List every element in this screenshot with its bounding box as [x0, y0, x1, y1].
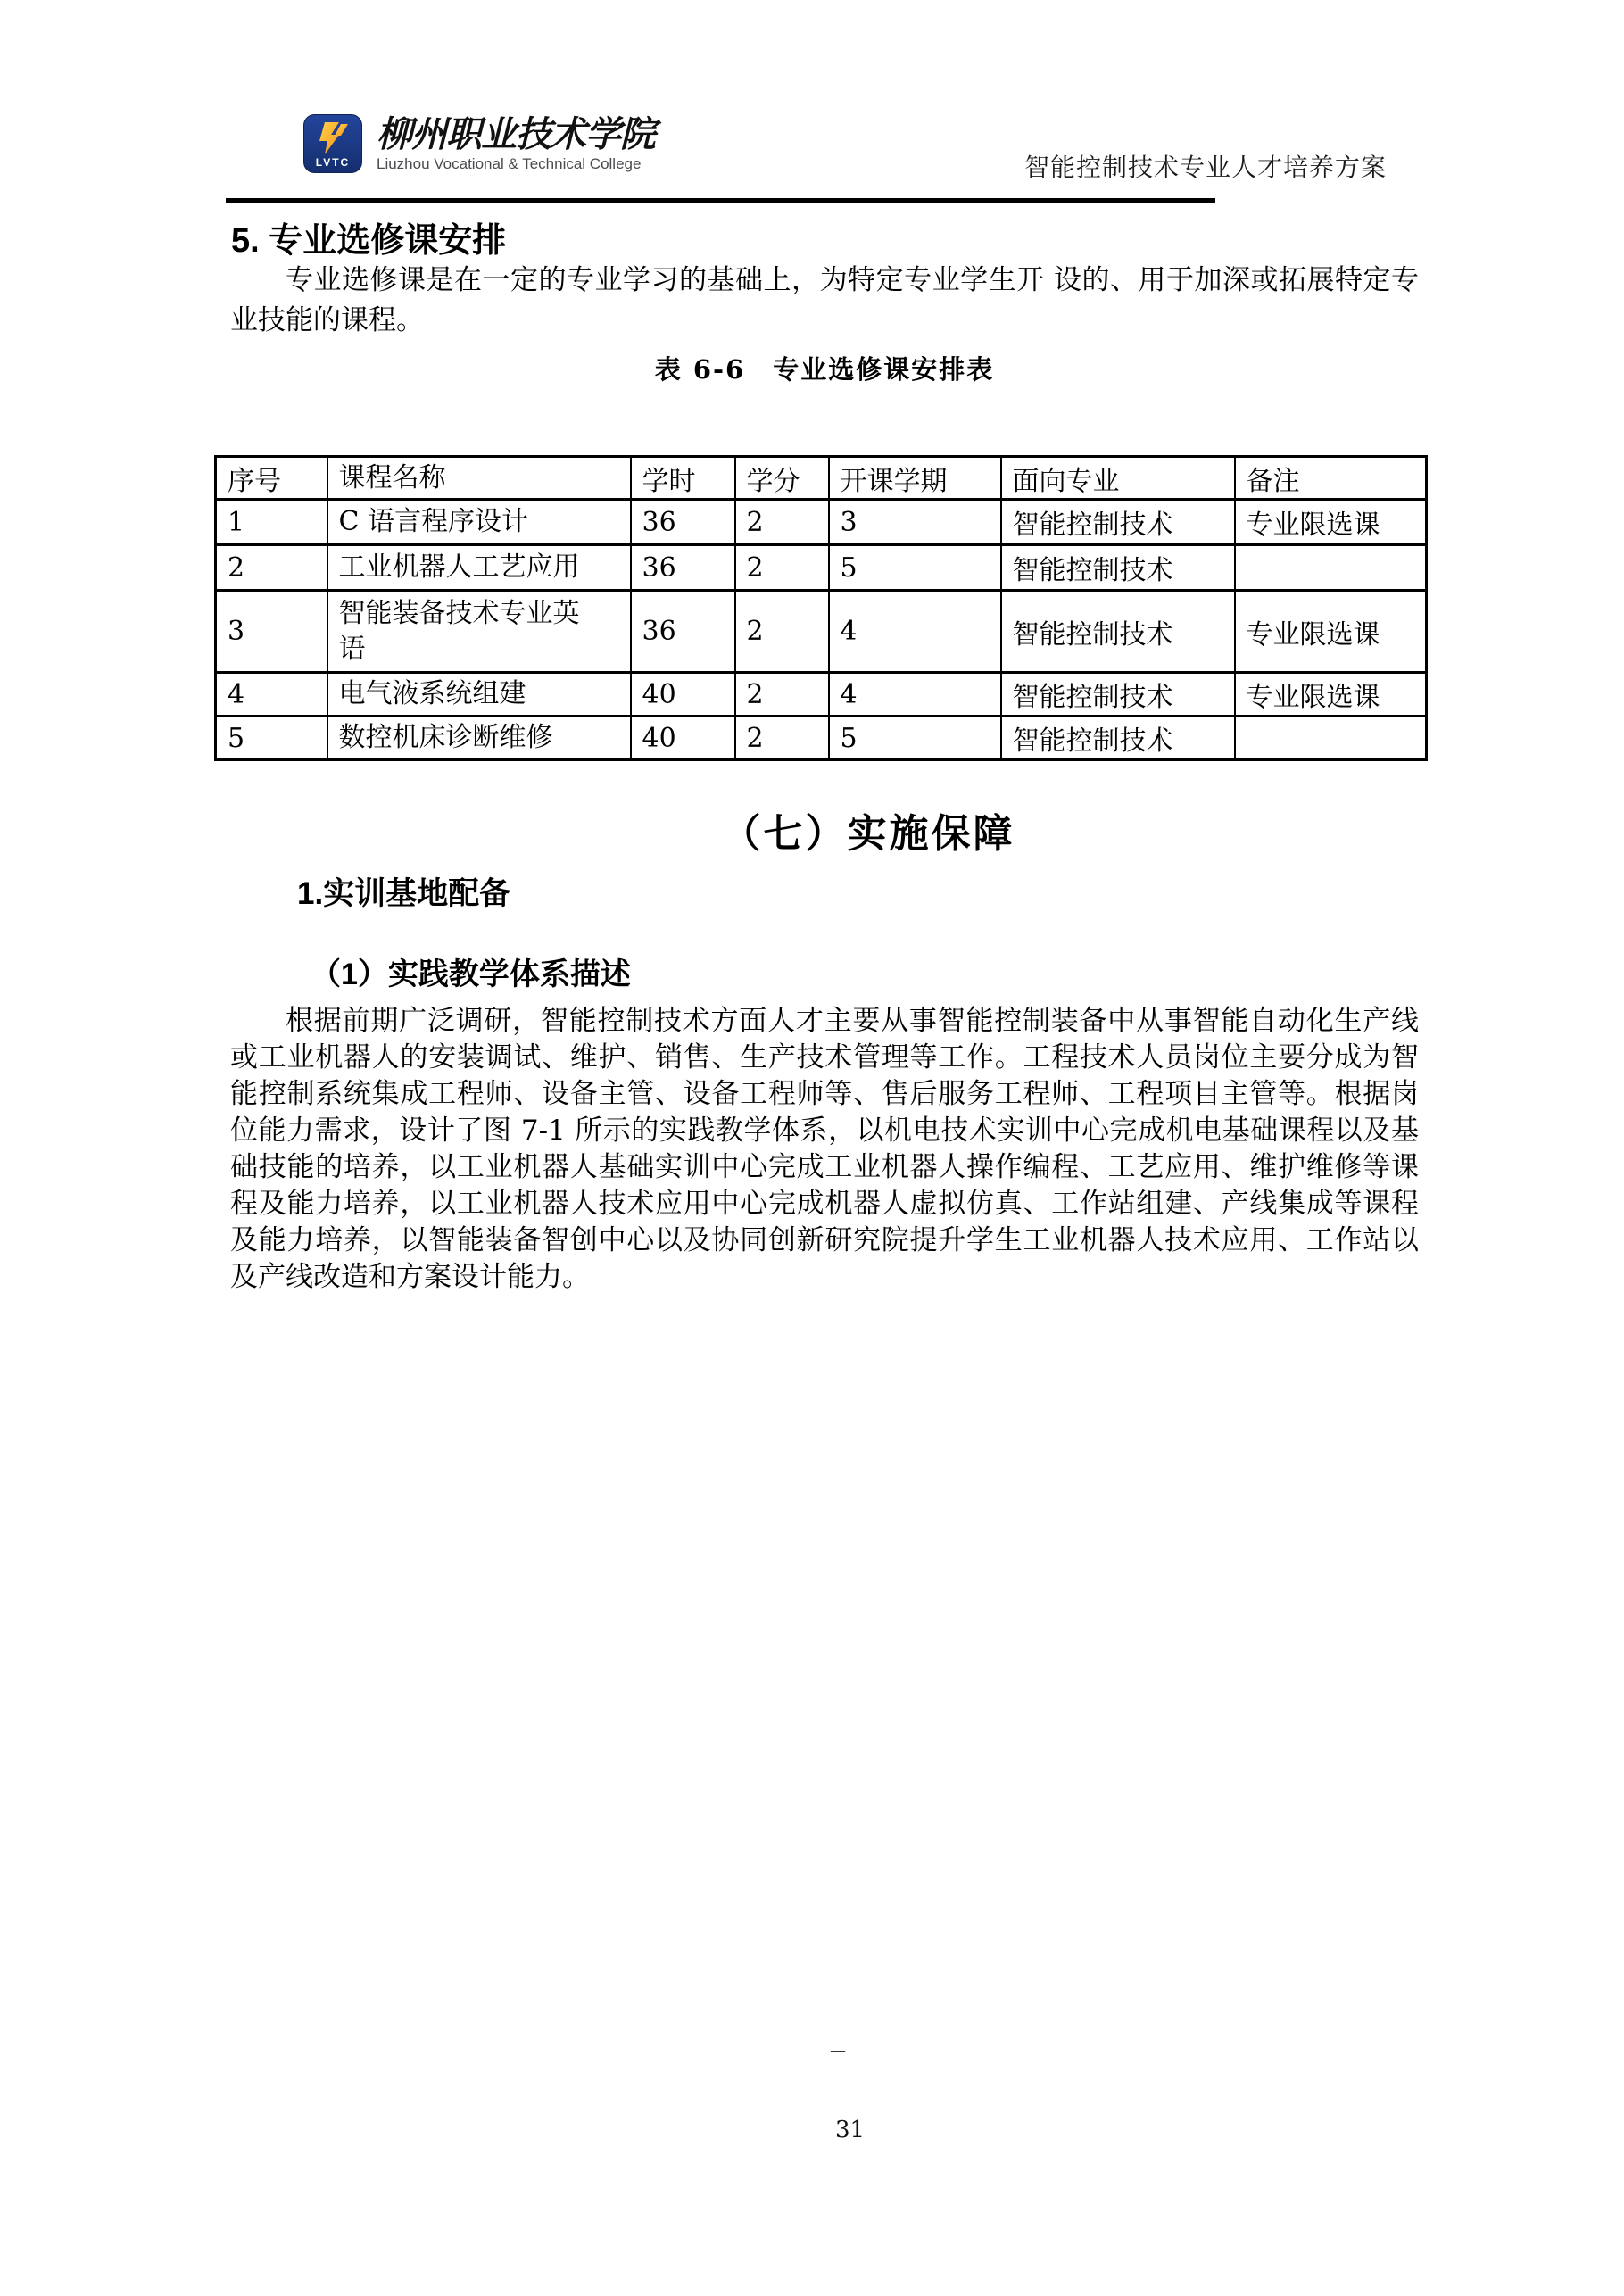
cell-semester: 4: [829, 673, 1001, 717]
cell-credits: 2: [735, 500, 829, 545]
cell-major: 智能控制技术: [1001, 717, 1235, 760]
cell-course-name: C 语言程序设计: [327, 500, 631, 545]
section5-heading: 5. 专业选修课安排: [231, 212, 506, 261]
cell-hours: 40: [631, 717, 735, 760]
elective-course-table: 序号 课程名称 学时 学分 开课学期 面向专业 备注 1 C 语言程序设计 36…: [214, 455, 1428, 761]
table-row: 5 数控机床诊断维修 40 2 5 智能控制技术: [216, 717, 1427, 760]
footnote-separator: —: [830, 2042, 846, 2060]
college-name-zh: 柳州职业技术学院: [377, 114, 655, 155]
document-page: LVTC 柳州职业技术学院 Liuzhou Vocational & Techn…: [0, 0, 1624, 2296]
college-logo: LVTC 柳州职业技术学院 Liuzhou Vocational & Techn…: [303, 114, 655, 173]
table-row: 3 智能装备技术专业英语 36 2 4 智能控制技术 专业限选课: [216, 591, 1427, 673]
cell-semester: 5: [829, 545, 1001, 591]
cell-hours: 36: [631, 500, 735, 545]
lvtc-badge-icon: LVTC: [303, 114, 362, 173]
lvtc-badge-label: LVTC: [316, 156, 350, 169]
cell-major: 智能控制技术: [1001, 500, 1235, 545]
cell-semester: 5: [829, 717, 1001, 760]
cell-major: 智能控制技术: [1001, 673, 1235, 717]
table-row: 1 C 语言程序设计 36 2 3 智能控制技术 专业限选课: [216, 500, 1427, 545]
cell-hours: 40: [631, 673, 735, 717]
cell-hours: 36: [631, 591, 735, 673]
page-number: 31: [835, 2117, 865, 2143]
col-header-credits: 学分: [735, 457, 829, 500]
header-rule: [226, 198, 1215, 203]
college-names: 柳州职业技术学院 Liuzhou Vocational & Technical …: [377, 114, 655, 172]
cell-semester: 3: [829, 500, 1001, 545]
cell-index: 2: [216, 545, 327, 591]
col-header-hours: 学时: [631, 457, 735, 500]
cell-credits: 2: [735, 591, 829, 673]
cell-index: 3: [216, 591, 327, 673]
cell-index: 5: [216, 717, 327, 760]
cell-course-name: 数控机床诊断维修: [327, 717, 631, 760]
table-row: 4 电气液系统组建 40 2 4 智能控制技术 专业限选课: [216, 673, 1427, 717]
table-caption: 表 6-6 专业选修课安排表: [230, 350, 1419, 386]
cell-course-name: 工业机器人工艺应用: [327, 545, 631, 591]
section7-heading: （七）实施保障: [274, 801, 1462, 858]
cell-major: 智能控制技术: [1001, 545, 1235, 591]
section7-paragraph: 根据前期广泛调研，智能控制技术方面人才主要从事智能控制装备中从事智能自动化生产线…: [230, 1003, 1419, 1296]
col-header-index: 序号: [216, 457, 327, 500]
col-header-remark: 备注: [1235, 457, 1427, 500]
cell-remark: [1235, 717, 1427, 760]
col-header-semester: 开课学期: [829, 457, 1001, 500]
cell-credits: 2: [735, 673, 829, 717]
cell-course-name: 智能装备技术专业英语: [327, 591, 631, 673]
section5-paragraph: 专业选修课是在一定的专业学习的基础上，为特定专业学生开 设的、用于加深或拓展特定…: [230, 261, 1419, 341]
college-name-en: Liuzhou Vocational & Technical College: [377, 155, 655, 172]
cell-remark: 专业限选课: [1235, 673, 1427, 717]
col-header-course-name: 课程名称: [327, 457, 631, 500]
cell-index: 4: [216, 673, 327, 717]
section7-sub2-heading: （1）实践教学体系描述: [311, 949, 631, 993]
cell-remark: 专业限选课: [1235, 500, 1427, 545]
cell-semester: 4: [829, 591, 1001, 673]
col-header-major: 面向专业: [1001, 457, 1235, 500]
table-row: 2 工业机器人工艺应用 36 2 5 智能控制技术: [216, 545, 1427, 591]
table-header-row: 序号 课程名称 学时 学分 开课学期 面向专业 备注: [216, 457, 1427, 500]
cell-credits: 2: [735, 545, 829, 591]
cell-course-name: 电气液系统组建: [327, 673, 631, 717]
cell-major: 智能控制技术: [1001, 591, 1235, 673]
cell-credits: 2: [735, 717, 829, 760]
cell-hours: 36: [631, 545, 735, 591]
cell-remark: 专业限选课: [1235, 591, 1427, 673]
cell-remark: [1235, 545, 1427, 591]
cell-index: 1: [216, 500, 327, 545]
document-title: 智能控制技术专业人才培养方案: [1024, 148, 1387, 184]
section7-sub1-heading: 1.实训基地配备: [297, 869, 510, 914]
